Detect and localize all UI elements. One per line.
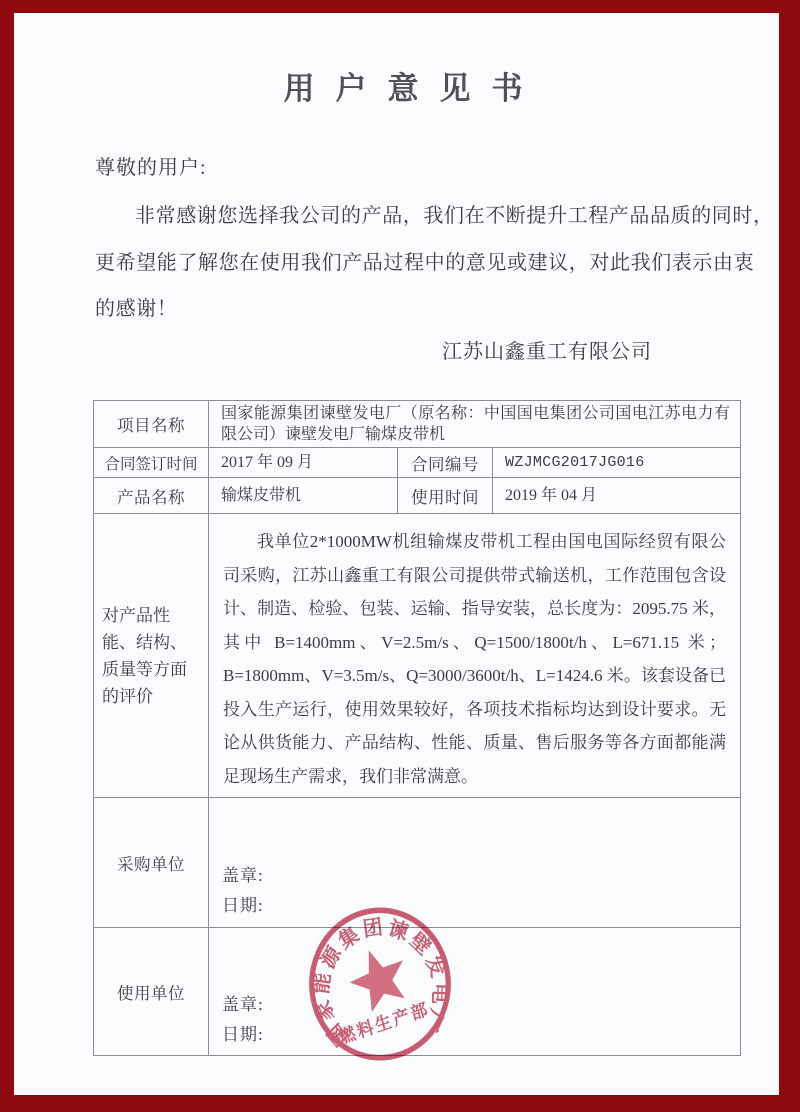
company-signature: 江苏山鑫重工有限公司 bbox=[14, 335, 652, 364]
user-label: 使用单位 bbox=[94, 928, 209, 1056]
contract-date-value: 2017 年 09 月 bbox=[209, 448, 398, 478]
project-name-value: 国家能源集团谏壁发电厂（原名称：中国国电集团公司国电江苏电力有限公司）谏壁发电厂… bbox=[209, 401, 741, 448]
document-page: 用户意见书 尊敬的用户: 非常感谢您选择我公司的产品，我们在不断提升工程产品品质… bbox=[14, 13, 779, 1095]
svg-text:团: 团 bbox=[362, 915, 384, 942]
product-name-label: 产品名称 bbox=[94, 478, 209, 514]
evaluation-value: 我单位2*1000MW机组输煤皮带机工程由国电国际经贸有限公司采购，江苏山鑫重工… bbox=[209, 514, 741, 798]
project-name-label: 项目名称 bbox=[94, 401, 209, 448]
table-row-product: 产品名称 输煤皮带机 使用时间 2019 年 04 月 bbox=[94, 478, 741, 514]
contract-no-label: 合同编号 bbox=[398, 448, 493, 478]
intro-line: 非常感谢您选择我公司的产品，我们在不断提升工程产品品质的同时， bbox=[95, 193, 753, 240]
evaluation-label: 对产品性能、结构、质量等方面的评价 bbox=[94, 514, 209, 798]
table-row-evaluation: 对产品性能、结构、质量等方面的评价 我单位2*1000MW机组输煤皮带机工程由国… bbox=[94, 514, 741, 798]
svg-text:电: 电 bbox=[428, 983, 452, 1005]
user-sign-cell: 盖章: 日期: bbox=[209, 928, 741, 1056]
purchaser-label: 采购单位 bbox=[94, 798, 209, 928]
purchaser-stamp-label: 盖章: bbox=[222, 861, 740, 891]
svg-text:能: 能 bbox=[310, 971, 335, 995]
use-date-label: 使用时间 bbox=[398, 478, 493, 514]
salutation: 尊敬的用户: bbox=[95, 154, 207, 182]
purchaser-date-label: 日期: bbox=[222, 891, 740, 921]
company-seal: 国家能源集团谏壁发电厂 燃料生产部 bbox=[305, 903, 455, 1065]
contract-date-label: 合同签订时间 bbox=[94, 448, 209, 478]
page-title: 用户意见书 bbox=[14, 63, 779, 108]
user-date-label: 日期: bbox=[222, 1020, 740, 1050]
page-frame: 用户意见书 尊敬的用户: 非常感谢您选择我公司的产品，我们在不断提升工程产品品质… bbox=[0, 0, 800, 1112]
intro-paragraph: 非常感谢您选择我公司的产品，我们在不断提升工程产品品质的同时， 更希望能了解您在… bbox=[95, 193, 753, 333]
table-row-project: 项目名称 国家能源集团谏壁发电厂（原名称：中国国电集团公司国电江苏电力有限公司）… bbox=[94, 401, 741, 448]
contract-no-value: WZJMCG2017JG016 bbox=[493, 448, 741, 478]
seal-inner-text: 燃料生产部 bbox=[336, 998, 432, 1048]
purchaser-sign-cell: 盖章: 日期: bbox=[209, 798, 741, 928]
intro-line: 更希望能了解您在使用我们产品过程中的意见或建议，对此我们表示由衷 bbox=[95, 240, 753, 287]
seal-star-icon bbox=[346, 946, 409, 1015]
user-stamp-label: 盖章: bbox=[222, 990, 740, 1020]
use-date-value: 2019 年 04 月 bbox=[493, 478, 741, 514]
intro-line: 的感谢！ bbox=[95, 286, 753, 333]
table-row-contract: 合同签订时间 2017 年 09 月 合同编号 WZJMCG2017JG016 bbox=[94, 448, 741, 478]
product-name-value: 输煤皮带机 bbox=[209, 478, 398, 514]
